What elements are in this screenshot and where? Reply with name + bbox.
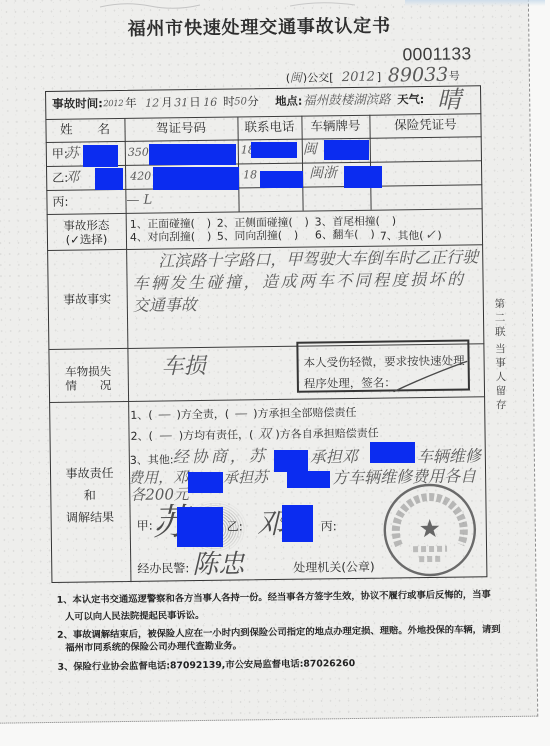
- accident-type-option: 6、翻车(): [315, 230, 375, 242]
- responsibility-label: 和: [84, 484, 96, 506]
- header-insurance: 保险凭证号: [369, 113, 481, 137]
- accident-location: 福州鼓楼湖滨路: [303, 93, 391, 107]
- option-close: ): [305, 216, 309, 229]
- option-text: 2、正侧面碰撞(: [217, 216, 293, 230]
- other-note-segment: 承担邓: [310, 449, 358, 466]
- accident-type-sublabel: (✓选择): [66, 232, 108, 247]
- responsibility-label-cell: 事故责任 和 调解结果: [49, 401, 130, 583]
- item-mark: —: [152, 408, 176, 421]
- vehicle-damage-label-2: 情 况: [65, 378, 111, 393]
- accident-facts-line: 江滨路十字路口，甲驾驶大车倒车时乙正行驶: [158, 249, 478, 269]
- accident-type-option: 5、同向刮撞(): [217, 231, 298, 243]
- hour-unit: 时: [223, 97, 235, 109]
- accident-type-label: 事故形态: [63, 218, 109, 233]
- item-mark: —: [153, 429, 179, 442]
- accident-type-label-cell: 事故形态 (✓选择): [47, 213, 126, 250]
- accident-year: 2012: [103, 100, 123, 109]
- party-name: 邓: [65, 171, 79, 185]
- party-plate: 闽: [303, 142, 317, 156]
- party-label: 丙:: [52, 196, 68, 208]
- item-text: )方各自承担赔偿责任: [275, 427, 378, 441]
- party-phone: 18: [241, 144, 255, 155]
- other-note-segment: 各200元: [130, 487, 189, 503]
- accident-facts-line: 车辆发生碰撞，造成两车不同程度损坏的: [132, 272, 465, 292]
- item-text: )方承担全部赔偿责任: [253, 406, 356, 420]
- location-label: 地点:: [275, 96, 302, 108]
- party-plate: 闽浙: [309, 166, 337, 180]
- option-text: 5、同向刮撞(: [217, 229, 282, 243]
- signature-label-c: 丙:: [321, 520, 337, 532]
- copy-label: 第二联: [494, 298, 505, 340]
- year-unit: 年: [125, 98, 137, 110]
- officer-signature: 陈忠: [192, 551, 244, 578]
- signature-b: 邓: [257, 510, 285, 538]
- vehicle-damage-value: 车损: [162, 356, 206, 379]
- option-text: 7、其他(: [380, 229, 424, 243]
- accident-type-option: 1、正面碰撞(): [130, 219, 211, 231]
- option-text: 3、首尾相撞(: [315, 215, 380, 229]
- signature-a: 苏: [152, 505, 188, 541]
- other-note-segment: 费用，邓: [128, 470, 188, 486]
- officer-label: 经办民警:: [137, 562, 189, 575]
- header-name: 姓 名: [45, 118, 124, 142]
- vehicle-damage-label-cell: 车物损失 情 况: [48, 348, 128, 402]
- header-phone: 联系电话: [237, 116, 301, 140]
- option-close: ): [207, 230, 211, 243]
- item-mark: —: [229, 407, 253, 420]
- option-close: ): [392, 214, 396, 227]
- header-license: 驾证号码: [124, 116, 237, 140]
- option-text: 1、正面碰撞(: [130, 217, 195, 231]
- item-text: 1、(: [130, 409, 152, 422]
- option-text: 4、对向刮撞(: [130, 230, 195, 244]
- note-line: 人可以向人民法院提起民事诉讼。: [65, 611, 205, 622]
- option-close: ): [207, 217, 211, 230]
- party-phone: 18: [243, 169, 257, 180]
- header-plate: 车辆牌号: [301, 115, 369, 139]
- scanned-form: 福州市快速处理交通事故认定书 0001133 ( 闽 )公交[ 2012 ] 8…: [0, 0, 550, 746]
- item-text: 2、(: [130, 430, 152, 443]
- option-close: ): [437, 229, 441, 242]
- option-close: ): [370, 228, 374, 241]
- item-text: )方全责，(: [176, 408, 229, 422]
- weather-label: 天气:: [397, 94, 424, 106]
- signature-label-a: 甲:: [137, 520, 153, 532]
- accident-time-label: 事故时间:: [52, 98, 103, 110]
- other-note-segment: 经协商，苏: [173, 448, 268, 465]
- case-number-middle: )公交[: [303, 72, 334, 83]
- minute-unit: 分: [247, 96, 259, 108]
- weather-value: 晴: [437, 88, 461, 112]
- case-number-suffix: 号: [449, 71, 460, 82]
- accident-facts-label: 事故事实: [47, 249, 127, 349]
- responsibility-item-3-label: 3、其他:: [130, 454, 174, 466]
- day-unit: 日: [189, 97, 201, 109]
- signature-label-b: 乙:: [227, 520, 243, 532]
- other-note-segment: 承担苏: [223, 470, 268, 486]
- responsibility-label: 调解结果: [66, 506, 114, 529]
- official-seal-icon: [382, 482, 477, 577]
- case-number-close: ]: [377, 72, 381, 83]
- note-line: 福州市同系统的保险公司办理代查勘业务。: [65, 641, 242, 653]
- responsibility-label: 事故责任: [65, 462, 113, 485]
- option-close: ): [294, 229, 298, 242]
- case-number-year: 2012: [342, 71, 375, 84]
- accident-type-option: 4、对向刮撞(): [130, 232, 211, 244]
- party-license: 420: [130, 171, 151, 182]
- party-name: 苏: [65, 147, 79, 161]
- case-number-value: 89033: [388, 66, 449, 86]
- party-license: — L: [126, 194, 152, 207]
- accident-type-option-selected: 7、其他(✓): [380, 229, 442, 243]
- item-text: )方均有责任，(: [179, 428, 254, 442]
- accident-type-option: 3、首尾相撞(): [315, 216, 396, 228]
- vehicle-damage-label: 车物损失: [65, 364, 111, 379]
- accident-day: 31: [174, 97, 188, 108]
- option-text: 6、翻车(: [315, 228, 359, 242]
- quick-processing-stamp: 本人受伤轻微，要求按快速处理 程序处理，签名：: [296, 339, 470, 392]
- other-note-segment: 车辆维修: [417, 448, 481, 465]
- accident-month: 12: [145, 98, 159, 109]
- month-unit: 月: [161, 97, 173, 109]
- accident-minute: 50: [234, 97, 247, 107]
- serial-number: 0001133: [402, 45, 471, 63]
- accident-hour: 16: [203, 97, 217, 108]
- accident-facts-line: 交通事故: [133, 297, 197, 314]
- authority-label: 处理机关(公章): [293, 561, 375, 574]
- check-icon: ✓: [423, 229, 437, 242]
- holder-label: 当事人留存: [494, 343, 505, 413]
- party-license: 350: [128, 147, 149, 158]
- signature-stroke-icon: [298, 341, 472, 394]
- case-number-region: 闽: [290, 72, 302, 84]
- item-mark: 双: [253, 428, 275, 441]
